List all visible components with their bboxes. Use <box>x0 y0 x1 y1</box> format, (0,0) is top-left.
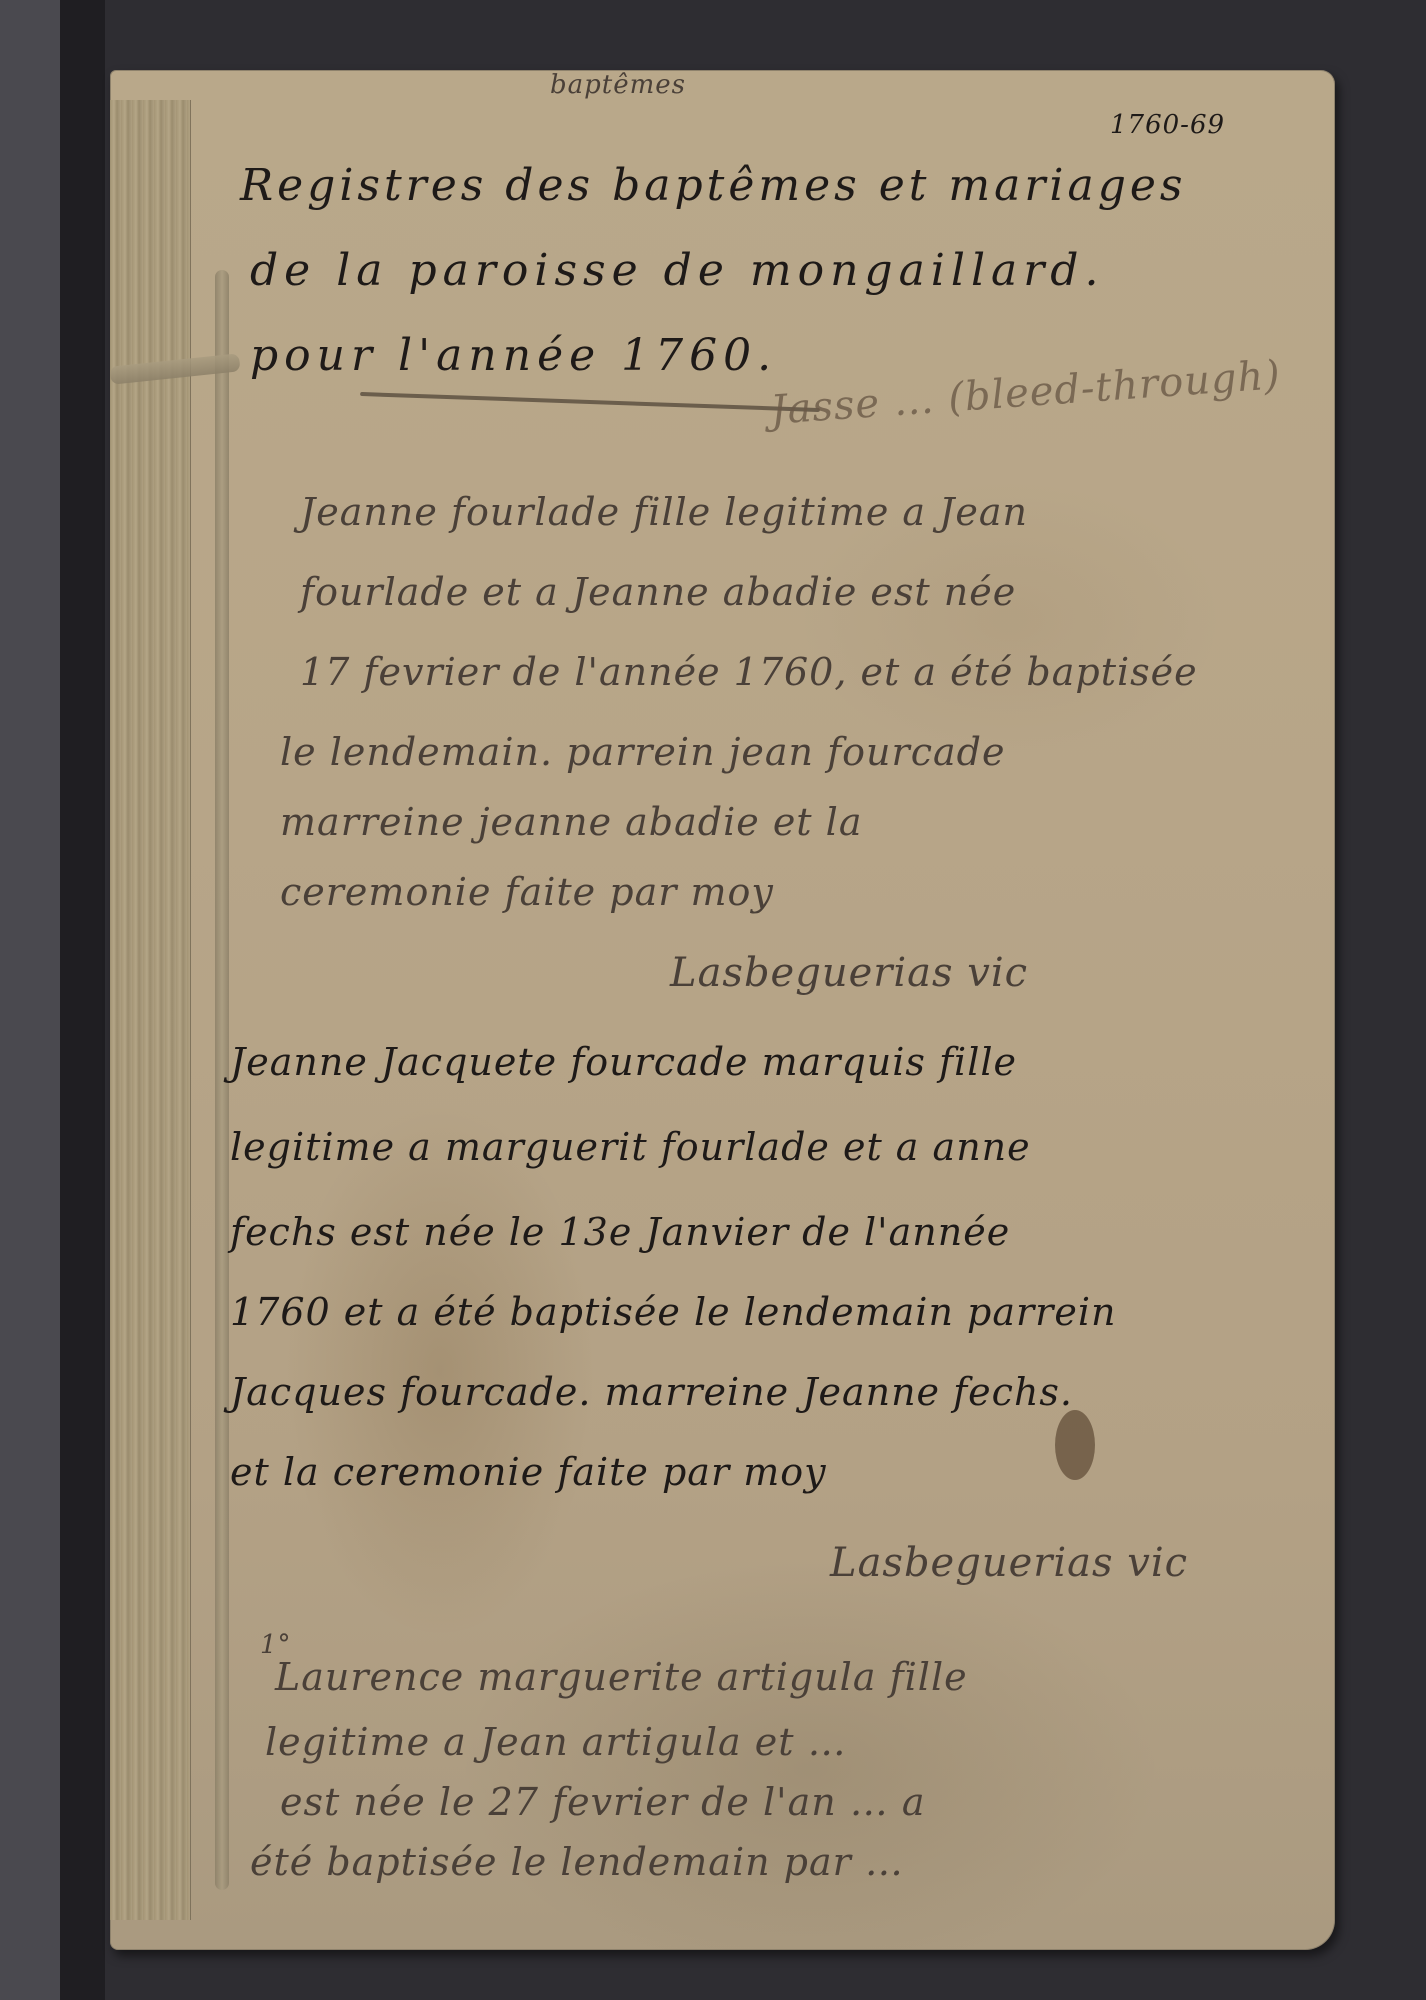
register-page: baptêmes 1760-69 Registres des baptêmes … <box>110 70 1335 1950</box>
entry-1-line-6: ceremonie faite par moy <box>280 870 774 914</box>
entry-2-line-4: 1760 et a été baptisée le lendemain parr… <box>230 1290 1116 1334</box>
backdrop-left <box>0 0 60 2000</box>
entry-2-line-2: legitime a marguerit fourlade et a anne <box>230 1125 1031 1169</box>
entry-1-line-3: 17 fevrier de l'année 1760, et a été bap… <box>300 650 1198 694</box>
binding-thread <box>215 270 229 1890</box>
entry-2-line-1: Jeanne Jacquete fourcade marquis fille <box>230 1040 1017 1084</box>
ink-stain <box>1055 1410 1095 1480</box>
bleed-through-signature: Jasse … (bleed-through) <box>769 352 1282 434</box>
backdrop-band <box>60 0 105 2000</box>
entry-1-line-5: marreine jeanne abadie et la <box>280 800 862 844</box>
entry-1-line-2: fourlade et a Jeanne abadie est née <box>300 570 1016 614</box>
annotation-year: 1760-69 <box>1110 110 1225 140</box>
entry-1-signature: Lasbeguerias vic <box>670 950 1028 996</box>
entry-3-line-2: legitime a Jean artigula et … <box>265 1720 847 1764</box>
title-line-1: Registres des baptêmes et mariages <box>240 160 1186 211</box>
entry-2-signature: Lasbeguerias vic <box>830 1540 1188 1586</box>
entry-3-line-4: été baptisée le lendemain par … <box>250 1840 904 1884</box>
entry-2-line-5: Jacques fourcade. marreine Jeanne fechs. <box>230 1370 1073 1414</box>
title-line-3: pour l'année 1760. <box>250 330 777 381</box>
entry-1-line-1: Jeanne fourlade fille legitime a Jean <box>300 490 1028 534</box>
entry-2-line-3: fechs est née le 13e Janvier de l'année <box>230 1210 1010 1254</box>
title-underline <box>360 392 820 412</box>
title-line-2: de la paroisse de mongaillard. <box>250 245 1104 296</box>
entry-3-line-3: est née le 27 fevrier de l'an … a <box>280 1780 926 1824</box>
annotation-top: baptêmes <box>550 70 686 100</box>
entry-2-line-6: et la ceremonie faite par moy <box>230 1450 827 1494</box>
entry-1-line-4: le lendemain. parrein jean fourcade <box>280 730 1005 774</box>
entry-3-line-1: Laurence marguerite artigula fille <box>275 1655 968 1699</box>
